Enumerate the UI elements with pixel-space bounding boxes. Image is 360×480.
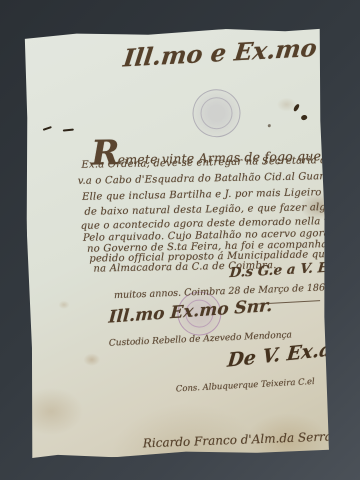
letter-salutation: Ill.mo e Ex.mo Snr.	[122, 29, 360, 72]
ink-blot	[300, 114, 308, 121]
letter-paper: Ill.mo e Ex.mo Snr. Remete vinte Armas d…	[23, 27, 329, 459]
ink-blot	[293, 103, 300, 112]
letter-body-line: Elle que inclusa Bartilha e J. por mais …	[82, 187, 354, 203]
ink-dash-mark	[43, 126, 52, 131]
signature-name: Cons. Albuquerque Teixeira C.el	[176, 377, 315, 395]
ink-blot	[268, 124, 271, 127]
docket-name-line: Ricardo Franco d'Alm.da Serra	[143, 429, 333, 450]
photo-background: Ill.mo e Ex.mo Snr. Remete vinte Armas d…	[0, 0, 360, 480]
ink-dash-mark	[63, 129, 74, 132]
letter-body-line: de baixo natural desta Legião, e que faz…	[84, 202, 348, 218]
signature-flourish: De V. Ex.a	[226, 338, 332, 371]
